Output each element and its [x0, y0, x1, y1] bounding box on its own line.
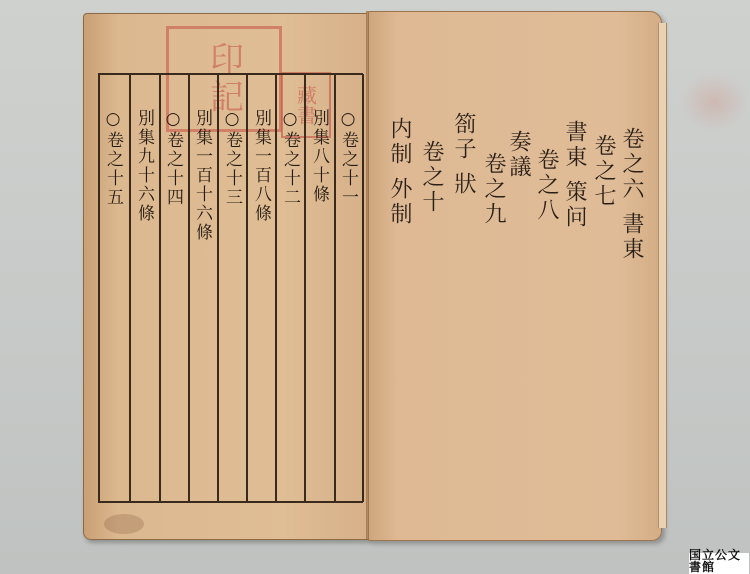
handwritten-column: 卷之七 — [591, 134, 615, 209]
toc-column: 別集八十條 — [309, 109, 329, 204]
column-rule — [275, 74, 277, 502]
column-rule — [246, 74, 248, 502]
stain — [104, 514, 144, 534]
handwritten-column: 卷之十 — [419, 140, 443, 215]
column-rule — [129, 74, 131, 502]
toc-column: ○卷之十一 — [338, 109, 358, 207]
open-book: 印記 藏書 ○卷之十一 別集八十條 ○卷之十二 別集一百八條 ○卷之十三 別集一… — [80, 11, 665, 541]
frame-top-rule — [98, 73, 363, 75]
left-page: 印記 藏書 ○卷之十一 別集八十條 ○卷之十二 別集一百八條 ○卷之十三 別集一… — [83, 13, 370, 540]
toc-column: 別集一百八條 — [251, 109, 271, 223]
handwritten-column: 箚子 狀 — [451, 112, 475, 262]
toc-column: 別集九十六條 — [134, 109, 154, 223]
column-rule — [362, 74, 364, 502]
column-rule — [159, 74, 161, 502]
watermark-jp: 国立公文書館 — [689, 549, 749, 573]
column-rule — [334, 74, 336, 502]
handwritten-column: 卷之九 — [481, 152, 505, 227]
handwritten-column: 卷之六 書東 — [619, 127, 643, 427]
toc-column: 別集一百十六條 — [192, 109, 212, 242]
frame-bottom-rule — [98, 501, 363, 503]
faint-seal-bleed — [679, 72, 749, 132]
archive-watermark: 国立公文書館 National Archives of Japan — [689, 553, 749, 574]
toc-column: ○卷之十二 — [280, 109, 300, 207]
column-rule — [304, 74, 306, 502]
page-edges — [658, 23, 667, 528]
handwritten-column: 卷之八 — [534, 148, 558, 223]
column-rule — [98, 74, 100, 502]
column-rule — [217, 74, 219, 502]
toc-column: ○卷之十四 — [163, 109, 183, 207]
handwritten-column: 内制 外制 — [387, 117, 411, 257]
handwritten-column: 書東 策问 — [562, 120, 586, 330]
handwritten-column: 奏議 — [506, 130, 530, 180]
right-page: 卷之六 書東 卷之七 書東 策问 卷之八 奏議 卷之九 箚子 狀 卷之十 内制 … — [368, 11, 662, 541]
column-rule — [188, 74, 190, 502]
toc-column: ○卷之十五 — [103, 109, 123, 207]
toc-column: ○卷之十三 — [222, 109, 242, 207]
